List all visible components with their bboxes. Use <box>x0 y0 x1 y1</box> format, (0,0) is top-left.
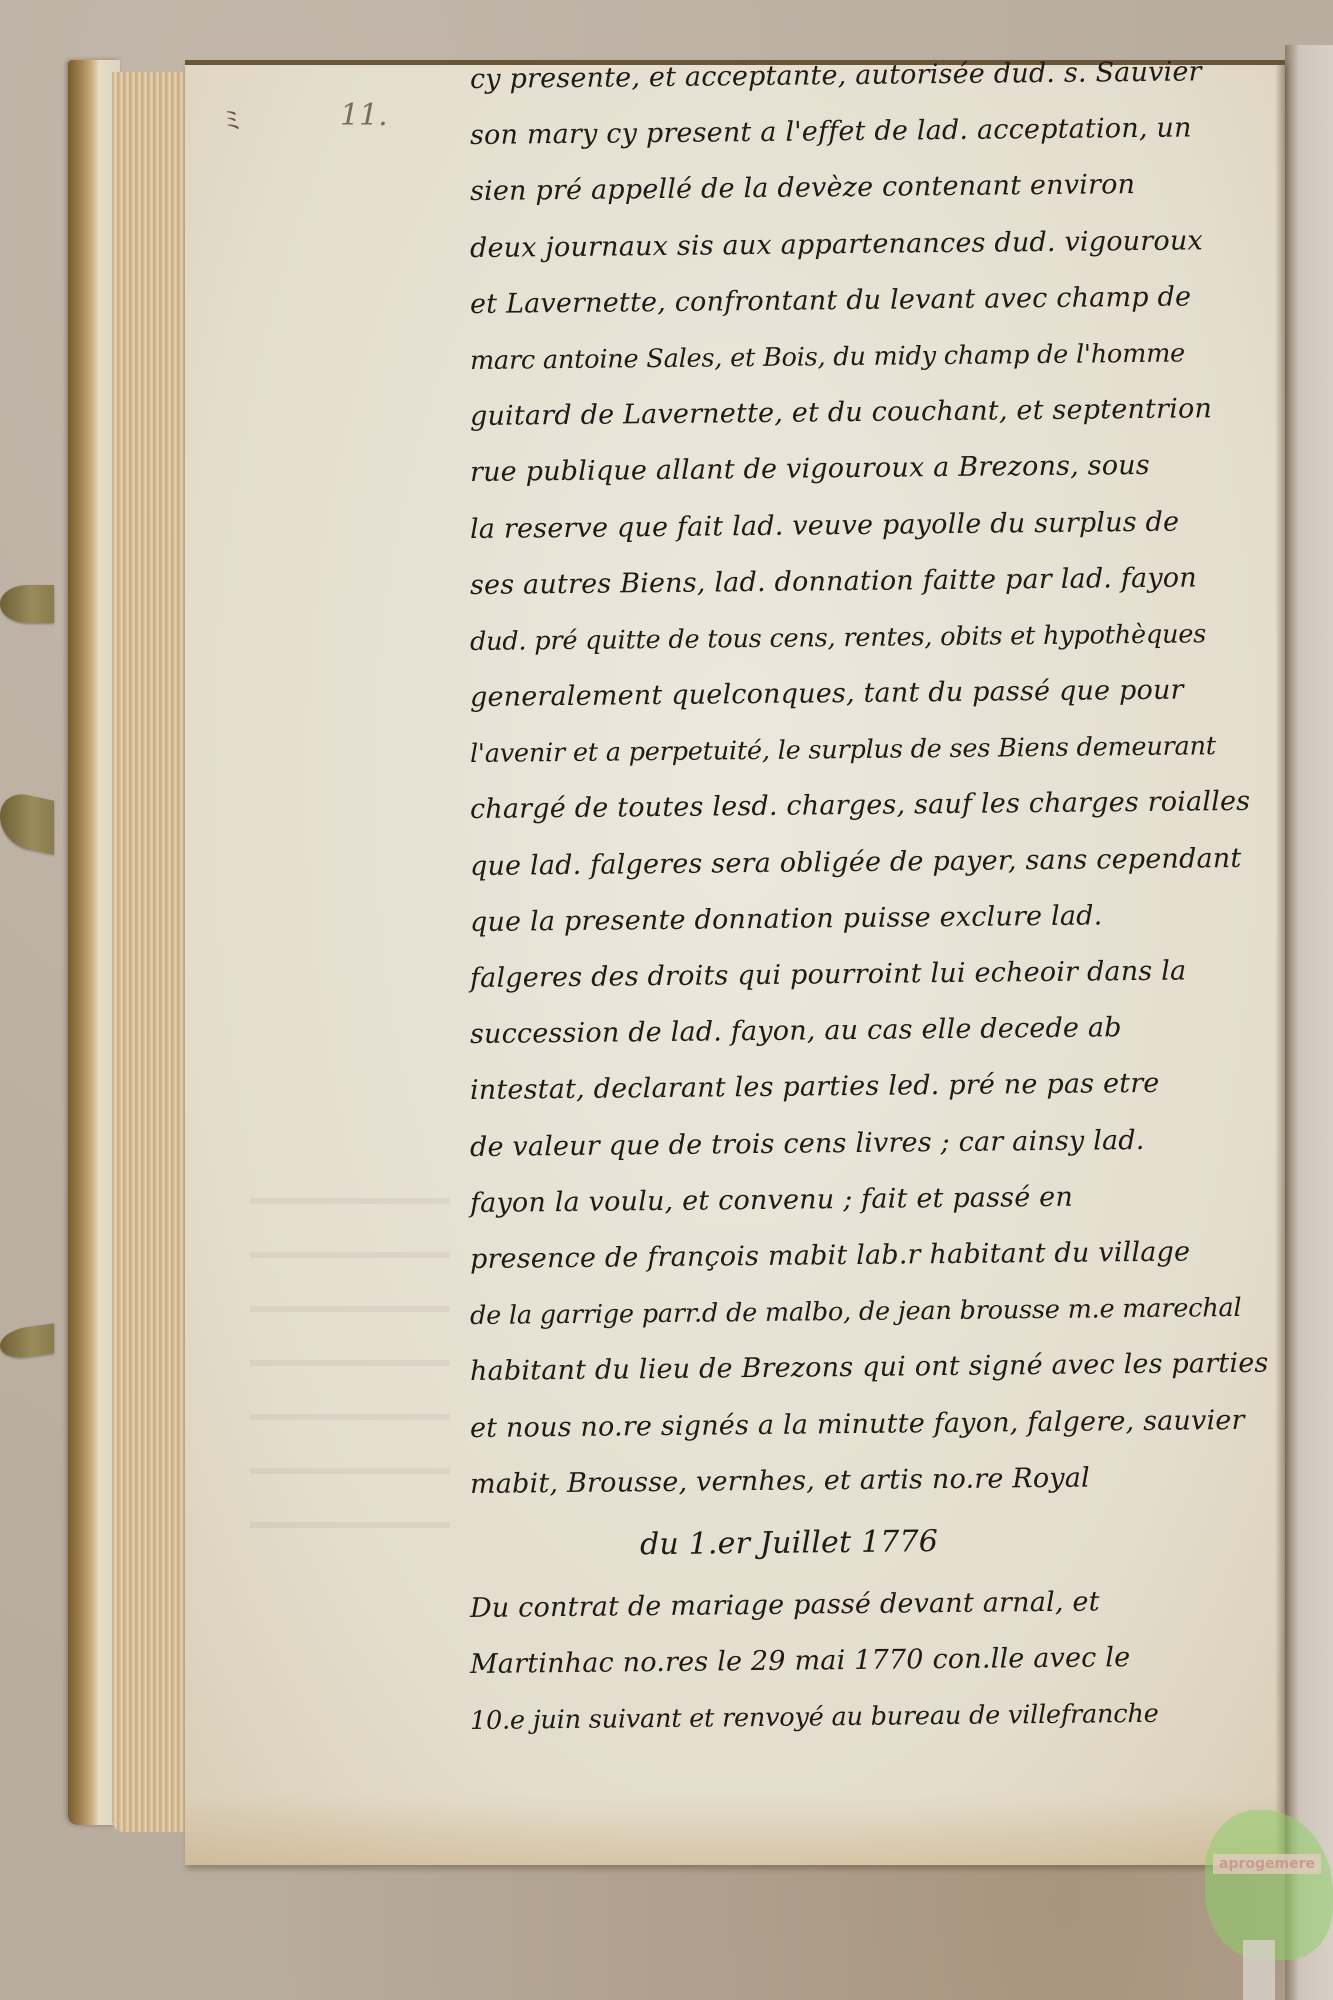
text-line: marc antoine Sales, et Bois, du midy cha… <box>470 324 1281 389</box>
text-line: de la garrige parr.d de malbo, de jean b… <box>470 1280 1281 1345</box>
watermark-label: aprogemere <box>1213 1854 1321 1874</box>
text-line: fayon la voulu, et convenu ; fait et pas… <box>470 1167 1281 1232</box>
date-heading: du 1.er Juillet 1776 <box>470 1510 1281 1575</box>
text-line: habitant du lieu de Brezons qui ont sign… <box>470 1336 1281 1401</box>
text-line: Du contrat de mariage passé devant arnal… <box>470 1573 1281 1638</box>
text-line: dud. pré quitte de tous cens, rentes, ob… <box>470 605 1281 670</box>
text-line: Martinhac no.res le 29 mai 1770 con.lle … <box>470 1629 1281 1694</box>
text-line: la reserve que fait lad. veuve payolle d… <box>470 493 1281 558</box>
tree-canopy-icon <box>1205 1810 1333 1960</box>
text-line: succession de lad. fayon, au cas elle de… <box>470 999 1281 1064</box>
text-line: et Lavernette, confrontant du levant ave… <box>470 268 1281 333</box>
document-scan: ﾐ 11. cy presente, et acceptante, autori… <box>0 0 1333 2000</box>
text-line: de valeur que de trois cens livres ; car… <box>470 1111 1281 1176</box>
text-line: intestat, declarant les parties led. pré… <box>470 1055 1281 1120</box>
page-stack-edge <box>112 72 187 1832</box>
text-line: guitard de Lavernette, et du couchant, e… <box>470 381 1281 446</box>
bleed-through-text <box>250 1150 450 1550</box>
tree-trunk-icon <box>1243 1940 1275 2000</box>
text-line: rue publique allant de vigouroux a Brezo… <box>470 437 1281 502</box>
binding-tie-3 <box>0 1323 54 1361</box>
binding-tie-1 <box>0 585 54 623</box>
page-stain <box>185 1795 1285 1865</box>
text-line: son mary cy present a l'effet de lad. ac… <box>470 100 1281 165</box>
text-line: l'avenir et a perpetuité, le surplus de … <box>470 718 1281 783</box>
text-line: sien pré appellé de la devèze contenant … <box>470 156 1281 221</box>
text-line: 10.e juin suivant et renvoyé au bureau d… <box>470 1685 1281 1750</box>
text-line: cy presente, et acceptante, autorisée du… <box>470 44 1281 109</box>
adjacent-page-edge <box>1285 45 1333 2000</box>
margin-page-mark: 11. <box>340 98 388 133</box>
text-line: et nous no.re signés a la minutte fayon,… <box>470 1392 1281 1457</box>
text-line: presence de françois mabit lab.r habitan… <box>470 1223 1281 1288</box>
text-line: ses autres Biens, lad. donnation faitte … <box>470 549 1281 614</box>
text-line: falgeres des droits qui pourroint lui ec… <box>470 943 1281 1008</box>
handwritten-text-block: cy presente, et acceptante, autorisée du… <box>470 52 1280 1750</box>
text-line: chargé de toutes lesd. charges, sauf les… <box>470 774 1281 839</box>
text-line: deux journaux sis aux appartenances dud.… <box>470 212 1281 277</box>
binding-tie-2 <box>0 789 54 854</box>
text-line: mabit, Brousse, vernhes, et artis no.re … <box>470 1448 1281 1513</box>
text-line: que la presente donnation puisse exclure… <box>470 886 1281 951</box>
text-line: que lad. falgeres sera obligée de payer,… <box>470 830 1281 895</box>
text-line: generalement quelconques, tant du passé … <box>470 662 1281 727</box>
watermark-logo: aprogemere <box>1205 1810 1333 2000</box>
